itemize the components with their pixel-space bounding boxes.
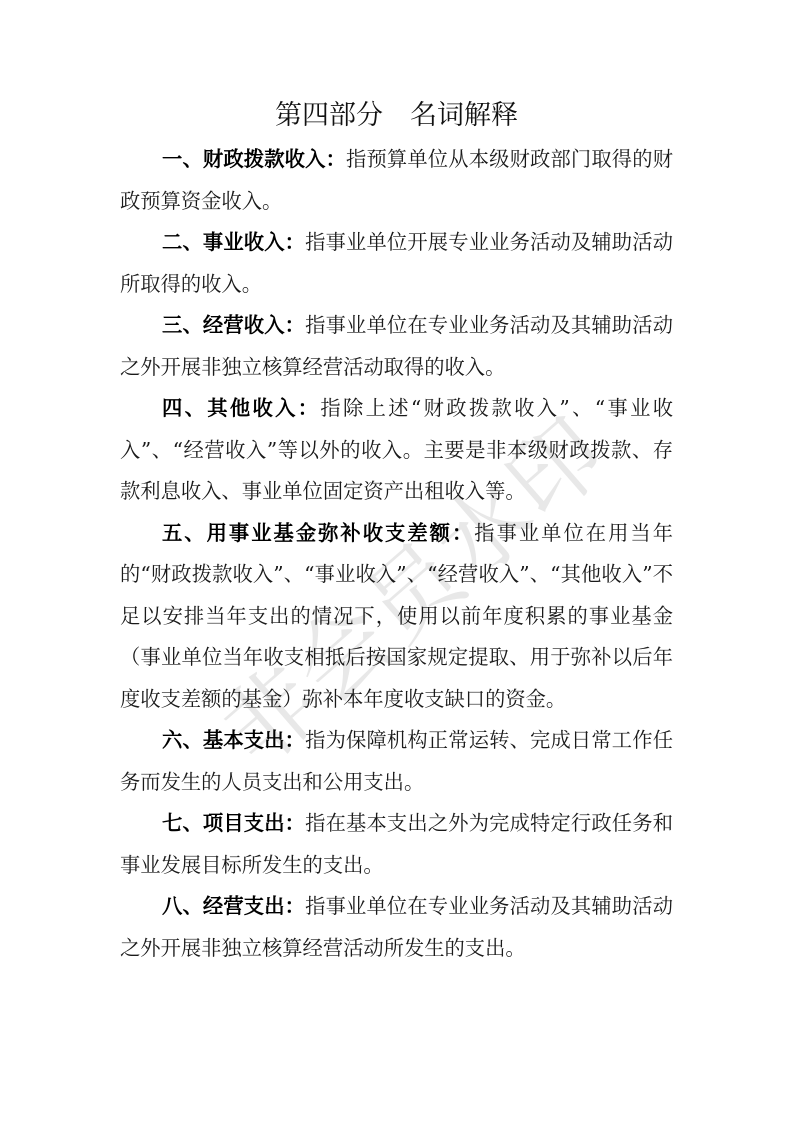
term-label: 五、用事业基金弥补收支差额：	[162, 521, 474, 545]
glossary-entry-6: 六、基本支出：指为保障机构正常运转、完成日常工作任务而发生的人员支出和公用支出。	[120, 720, 673, 803]
term-label: 八、经营支出：	[162, 894, 305, 918]
glossary-entry-4: 四、其他收入：指除上述“财政拨款收入”、“事业收入”、“经营收入”等以外的收入。…	[120, 388, 673, 513]
term-label: 三、经营收入：	[162, 313, 305, 337]
glossary-entry-1: 一、财政拨款收入：指预算单位从本级财政部门取得的财政预算资金收入。	[120, 139, 673, 222]
glossary-entry-7: 七、项目支出：指在基本支出之外为完成特定行政任务和事业发展目标所发生的支出。	[120, 803, 673, 886]
term-label: 七、项目支出：	[162, 811, 305, 835]
document-page: 非会员水印 第四部分 名词解释 一、财政拨款收入：指预算单位从本级财政部门取得的…	[0, 0, 793, 1122]
glossary-content: 一、财政拨款收入：指预算单位从本级财政部门取得的财政预算资金收入。 二、事业收入…	[120, 139, 673, 969]
glossary-entry-3: 三、经营收入：指事业单位在专业业务活动及其辅助活动之外开展非独立核算经营活动取得…	[120, 305, 673, 388]
term-definition: 指事业单位在用当年的“财政拨款收入”、“事业收入”、“经营收入”、“其他收入”不…	[120, 521, 673, 711]
term-label: 二、事业收入：	[162, 230, 305, 254]
term-label: 四、其他收入：	[162, 396, 320, 420]
glossary-entry-5: 五、用事业基金弥补收支差额：指事业单位在用当年的“财政拨款收入”、“事业收入”、…	[120, 513, 673, 721]
glossary-entry-8: 八、经营支出：指事业单位在专业业务活动及其辅助活动之外开展非独立核算经营活动所发…	[120, 886, 673, 969]
page-title: 第四部分 名词解释	[0, 96, 793, 136]
term-label: 一、财政拨款收入：	[162, 147, 346, 171]
glossary-entry-2: 二、事业收入：指事业单位开展专业业务活动及辅助活动所取得的收入。	[120, 222, 673, 305]
term-label: 六、基本支出：	[162, 728, 305, 752]
